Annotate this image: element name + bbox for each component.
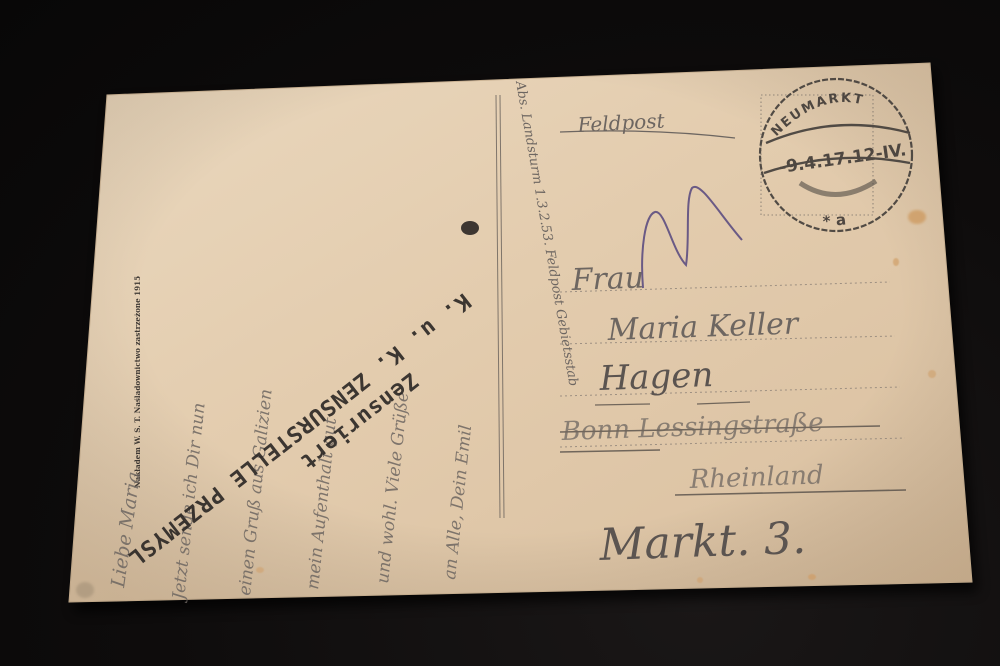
address-name: Maria Keller xyxy=(606,306,800,348)
postcard: Nakładem W. S. T. Naśladownictwo zastrze… xyxy=(0,0,1000,666)
address-salutation: Frau xyxy=(570,260,645,298)
address-street: Markt. 3. xyxy=(598,513,807,571)
address-struck-region: Rheinland xyxy=(688,460,824,495)
address-city: Hagen xyxy=(598,355,714,399)
svg-text:Feldpost: Feldpost xyxy=(576,108,666,137)
publisher-imprint: Nakładem W. S. T. Naśladownictwo zastrze… xyxy=(133,276,142,488)
svg-text:* a: * a xyxy=(822,210,847,230)
